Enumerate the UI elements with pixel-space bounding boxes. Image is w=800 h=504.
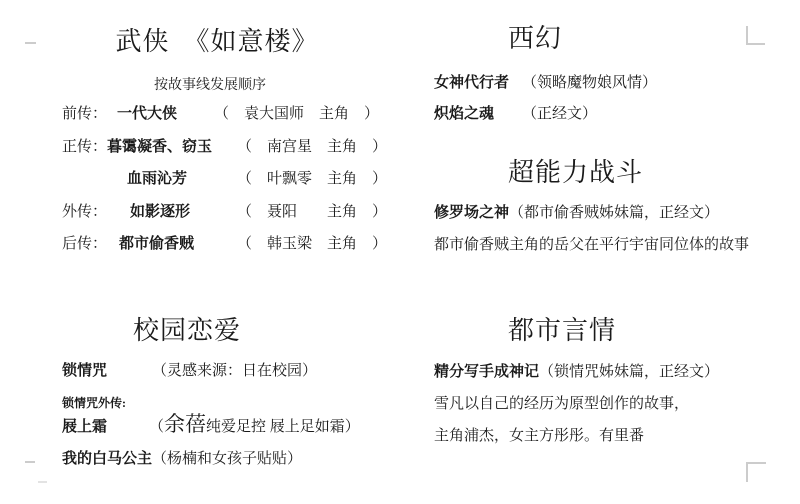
story-note: （ 韩玉梁 主角 ） — [237, 235, 387, 254]
story-note: （灵感来源：日在校园） — [152, 362, 317, 381]
story-note: （ 叶飘零 主角 ） — [237, 170, 387, 189]
story-title: 一代大侠 — [117, 105, 177, 124]
story-series-label: 前传： — [62, 105, 107, 124]
document-page: 武侠 《如意楼》 按故事线发展顺序 前传： 一代大侠 （ 袁大国师 主角 ） 正… — [0, 0, 800, 504]
story-description: 都市偷香贼主角的岳父在平行宇宙同位体的故事 — [434, 236, 749, 255]
story-note: （杨楠和女孩子贴贴） — [152, 450, 302, 469]
note-open-paren: （ — [149, 419, 164, 435]
xihuan-section-title: 西幻 — [508, 24, 562, 54]
story-title: 女神代行者 — [434, 74, 509, 93]
story-note: （ 南宫星 主角 ） — [237, 138, 387, 157]
story-series-label: 正传： — [62, 138, 107, 157]
dushi-section-title: 都市言情 — [508, 316, 616, 346]
story-description: 雪凡以自己的经历为原型创作的故事， — [434, 395, 689, 414]
wuxia-section-title: 武侠 《如意楼》 — [0, 27, 434, 57]
story-description: 主角浦杰，女主方彤彤。有里番 — [434, 427, 644, 446]
story-note: （ 聂阳 主角 ） — [237, 203, 387, 222]
corner-mark-bottom-left — [25, 461, 35, 463]
corner-mark-bottom-left-faint — [38, 481, 47, 483]
story-title: 我的白马公主 — [62, 450, 152, 469]
story-title: 精分写手成神记 — [434, 363, 539, 382]
story-note: （余蓓纯爱足控 屐上足如霜） — [149, 415, 360, 437]
story-row: 屐上霜 （余蓓纯爱足控 屐上足如霜） — [62, 415, 360, 437]
corner-mark-top-right-horizontal — [746, 43, 765, 45]
story-row: 修罗场之神（都市偷香贼姊妹篇，正经文） — [434, 204, 719, 223]
story-title: 如影逐形 — [130, 203, 190, 222]
corner-mark-bottom-right-horizontal — [746, 462, 766, 464]
chaonengli-section-title: 超能力战斗 — [508, 158, 643, 188]
corner-mark-bottom-right-vertical — [746, 462, 748, 482]
story-series-label: 外传： — [62, 203, 107, 222]
story-title: 血雨沁芳 — [127, 170, 187, 189]
story-title: 都市偷香贼 — [119, 235, 194, 254]
story-title: 屐上霜 — [62, 418, 107, 437]
story-note: （领略魔物娘风情） — [522, 74, 657, 93]
story-title: 锁情咒 — [62, 362, 107, 381]
author-name: 余蓓 — [164, 412, 206, 436]
story-note: （ 袁大国师 主角 ） — [214, 105, 379, 124]
story-title: 修罗场之神 — [434, 204, 509, 223]
story-note: （都市偷香贼姊妹篇，正经文） — [509, 204, 719, 223]
story-title: 炽焰之魂 — [434, 105, 494, 124]
story-note: （锁情咒姊妹篇，正经文） — [539, 363, 719, 382]
note-rest: 纯爱足控 屐上足如霜） — [206, 419, 360, 435]
wuxia-section-subtitle: 按故事线发展顺序 — [0, 76, 420, 95]
story-title: 暮霭凝香、窃玉 — [107, 138, 212, 157]
story-note: （正经文） — [522, 105, 597, 124]
story-row: 精分写手成神记（锁情咒姊妹篇，正经文） — [434, 363, 719, 382]
story-row: 我的白马公主（杨楠和女孩子贴贴） — [62, 450, 302, 469]
story-series-label: 后传： — [62, 235, 107, 254]
xiaoyuan-section-title: 校园恋爱 — [0, 316, 374, 346]
school-subseries-heading: 锁情咒外传: — [62, 394, 126, 413]
